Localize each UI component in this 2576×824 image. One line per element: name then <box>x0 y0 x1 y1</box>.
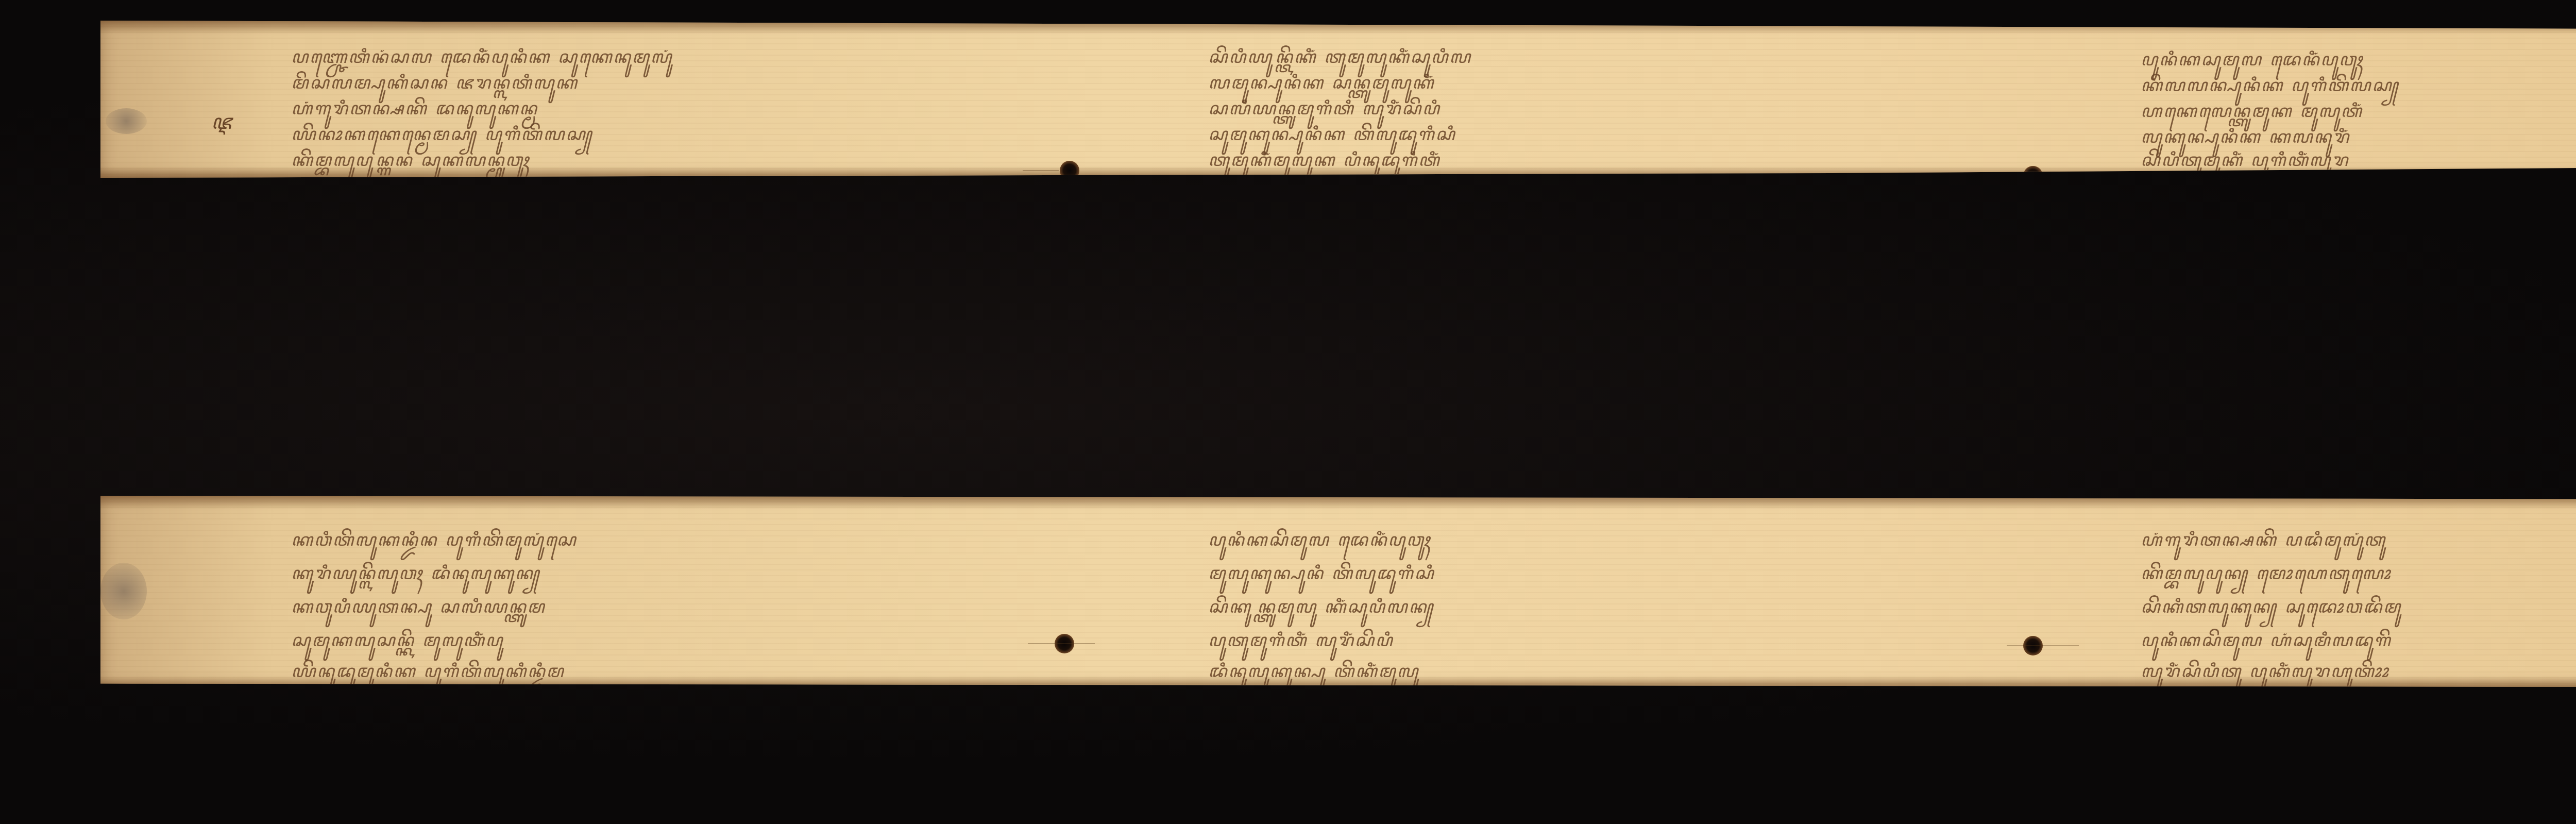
text-line: ꦏꦼꦩ꧀ꦧꦭꦸꦥꦸꦤ꧀ ꦩꦺꦴꦲꦺꦠꦸꦭꦺꦴ <box>2141 560 2392 596</box>
text-line: ꦥꦸꦠꦸꦩꦸꦒꦶꦠꦶꦁ ꦭꦸꦫꦶꦁꦱꦼꦥꦶ <box>1208 627 1394 663</box>
leaf-number-mark: ꦘ <box>211 106 232 148</box>
fiber-crack <box>2007 645 2079 646</box>
text-line: ꦏꦮꦸꦥꦶꦪꦸꦠꦤ꧀ꦥꦸ ꦱꦭꦶꦪꦤ꧀ꦠꦸꦩ <box>291 594 546 629</box>
stain <box>100 563 147 619</box>
text-line: ꦩꦸꦭꦸꦏꦸꦤ꧀ꦥꦸꦤꦶ ꦠꦼꦭꦸꦢꦸꦒꦶꦱꦶ <box>1208 560 1435 596</box>
text-line: ꦏꦮꦶꦠꦼꦭꦸꦏꦤ꧀ꦢꦶꦤ ꦥꦸꦒꦶꦠꦼꦩꦸꦭꦸꦁꦱꦺ <box>291 527 577 562</box>
text-line: ꦥꦸꦤꦶꦏꦱꦼꦩꦸꦭ ꦢꦺꦤꦶꦁꦥꦸꦮꦸꦃ <box>1208 527 1431 562</box>
palm-leaf-1: ꦘ ꦥꦚ꧀ꦕꦺꦠꦶꦤꦁꦱꦭ ꦢꦺꦤꦶꦁꦥꦸꦤꦶꦏ ꦱꦸꦏꦺꦤꦸꦩꦸꦭꦸꦁ ꦩꦼꦱ… <box>100 21 2576 178</box>
text-line: ꦥꦸꦤꦶꦏꦱꦼꦩꦸꦭ ꦲꦁꦱꦸꦩꦶꦭꦢꦸꦒꦼ <box>2141 627 2392 663</box>
text-line: ꦱꦼꦏꦸꦤ꧀ꦠꦸꦩꦸꦭꦸ ꦏꦶꦁꦱꦸꦥꦶꦭꦤ꧀ <box>1208 594 1434 629</box>
palm-leaf-2: ꦏꦮꦶꦠꦼꦭꦸꦏꦤ꧀ꦢꦶꦤ ꦥꦸꦒꦶꦠꦼꦩꦸꦭꦸꦁꦱꦺ ꦏꦸꦫꦶꦪꦸꦤ꧀ꦭꦼꦭꦸ… <box>100 496 2576 687</box>
stain <box>106 108 147 134</box>
text-line: ꦏꦸꦫꦶꦪꦸꦤ꧀ꦭꦼꦭꦸꦮꦃ ꦢꦶꦤꦸꦭꦸꦏꦸꦤ꧀ <box>291 560 540 596</box>
text-line: ꦱꦸꦩꦸꦏꦭꦸꦱꦤ꧀ꦏꦼ ꦩꦸꦭꦸꦠꦶꦁꦥꦸ <box>291 627 504 663</box>
fiber-crack <box>1023 170 1059 171</box>
text-line: ꦱꦼꦏꦶꦠꦭꦸꦏꦸꦤ꧀ ꦱꦸꦢꦺꦴꦮꦢꦼꦩꦸ <box>2141 594 2402 629</box>
fiber-crack <box>1028 643 1095 644</box>
text-line: ꦲꦁꦒꦸꦫꦶꦠꦤ꧀ꦱꦏꦼ ꦥꦢꦶꦩꦸꦭꦸꦁꦠꦸ <box>2141 527 2386 562</box>
